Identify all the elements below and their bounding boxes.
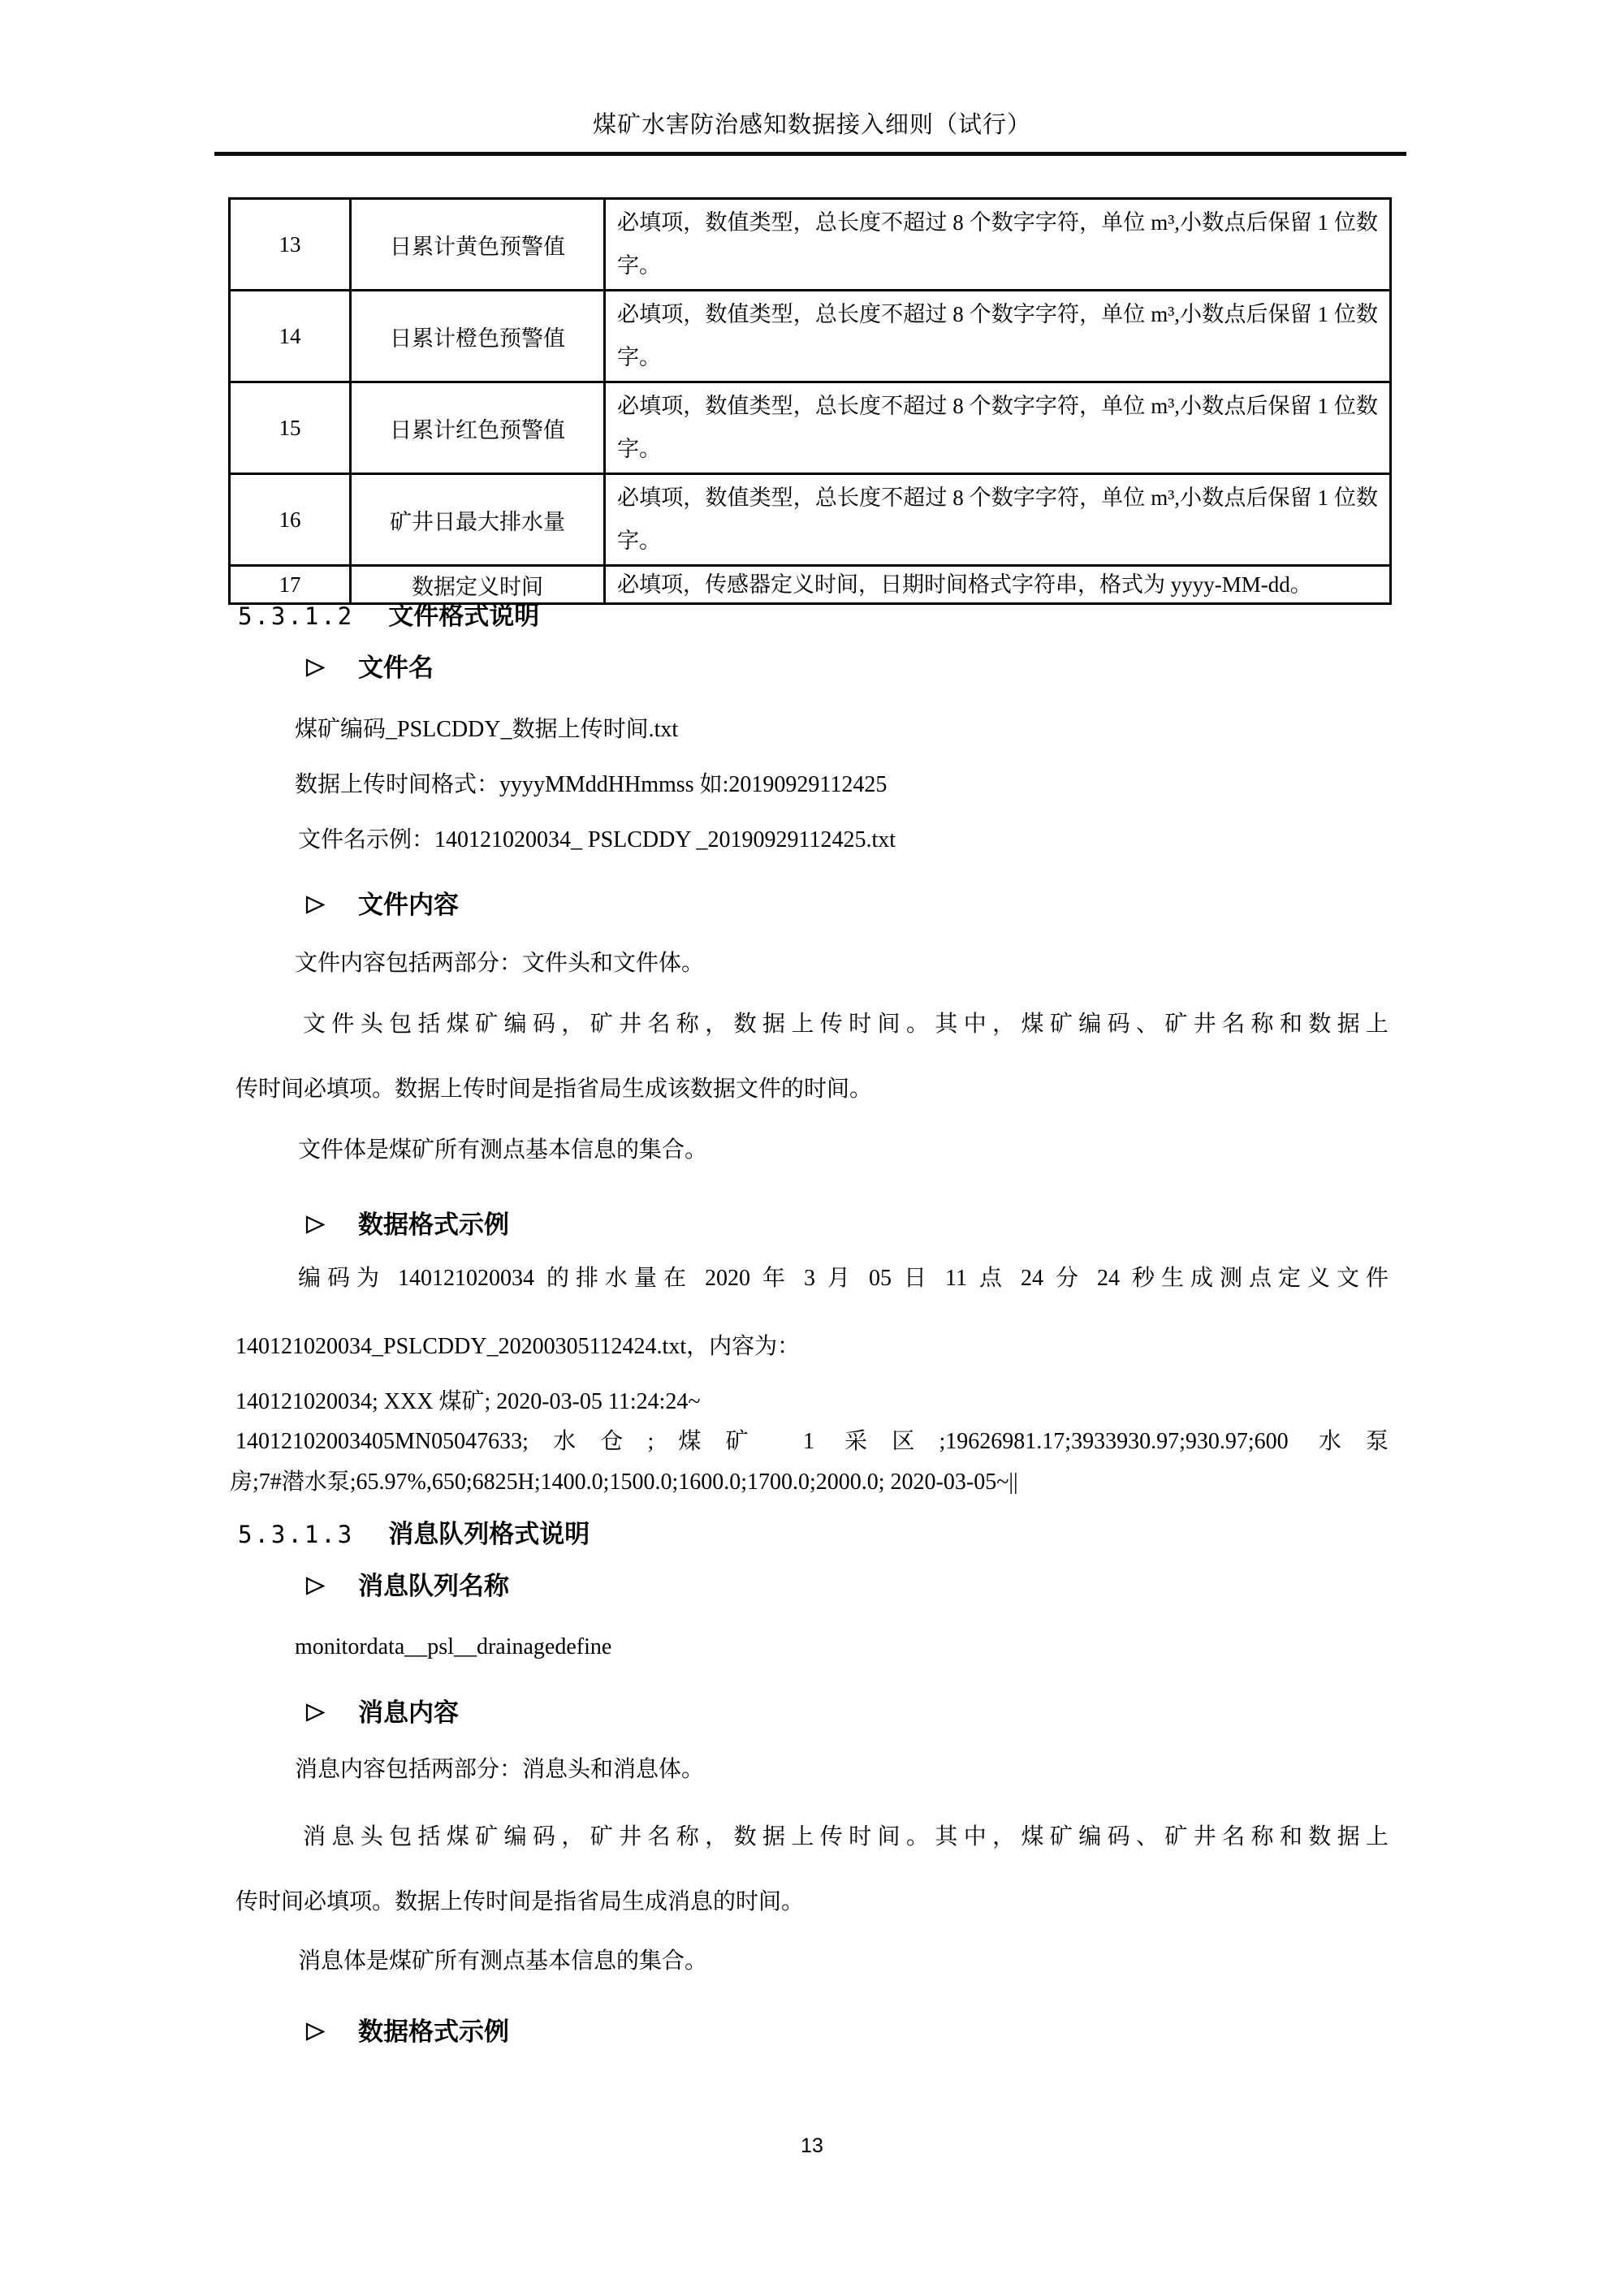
row-number-cell: 16 bbox=[230, 474, 351, 566]
paragraph-file-content-intro: 文件内容包括两部分：文件头和文件体。 bbox=[295, 949, 704, 978]
bullet-label: 消息内容 bbox=[358, 1698, 459, 1727]
field-desc-cell: 必填项，数值类型，总长度不超过 8 个数字字符，单位 m³,小数点后保留 1 位… bbox=[605, 382, 1391, 474]
row-number-cell: 15 bbox=[230, 382, 351, 474]
field-name-cell: 日累计黄色预警值 bbox=[351, 199, 605, 291]
table-row: 15 日累计红色预警值 必填项，数值类型，总长度不超过 8 个数字字符，单位 m… bbox=[230, 382, 1391, 474]
arrowhead-right-bullet-icon bbox=[304, 1575, 326, 1601]
bullet-label: 数据格式示例 bbox=[358, 2018, 509, 2046]
arrowhead-right-bullet-icon bbox=[304, 1702, 326, 1728]
bullet-item-data-example-file: 数据格式示例 bbox=[304, 1204, 509, 1241]
table-row: 14 日累计橙色预警值 必填项，数值类型，总长度不超过 8 个数字字符，单位 m… bbox=[230, 291, 1391, 382]
page-number: 13 bbox=[0, 2134, 1624, 2158]
paragraph-file-header-line2: 传时间必填项。数据上传时间是指省局生成该数据文件的时间。 bbox=[235, 1075, 872, 1104]
bullet-item-data-example-message: 数据格式示例 bbox=[304, 2011, 509, 2048]
paragraph-message-content-intro: 消息内容包括两部分：消息头和消息体。 bbox=[295, 1755, 704, 1785]
section-heading-file-format: 5.3.1.2文件格式说明 bbox=[238, 595, 539, 632]
arrowhead-right-bullet-icon bbox=[304, 894, 326, 920]
bullet-label: 文件内容 bbox=[358, 891, 459, 919]
field-desc-cell: 必填项，数值类型，总长度不超过 8 个数字字符，单位 m³,小数点后保留 1 位… bbox=[605, 291, 1391, 382]
bullet-label: 消息队列名称 bbox=[358, 1572, 509, 1600]
paragraph-upload-time-format: 数据上传时间格式：yyyyMMddHHmmss 如:20190929112425 bbox=[295, 770, 887, 800]
field-name-cell: 矿井日最大排水量 bbox=[351, 474, 605, 566]
paragraph-file-body: 文件体是煤矿所有测点基本信息的集合。 bbox=[298, 1136, 707, 1165]
bullet-item-file-name: 文件名 bbox=[304, 647, 434, 684]
paragraph-example-data-line1: 140121020034; XXX 煤矿; 2020-03-05 11:24:2… bbox=[235, 1388, 701, 1417]
paragraph-example-data-line2: 14012102003405MN05047633;水仓;煤矿 1 采区;1962… bbox=[235, 1427, 1389, 1457]
paragraph-file-name-example: 文件名示例：140121020034_ PSLCDDY _20190929112… bbox=[298, 826, 896, 855]
field-name-cell: 日累计橙色预警值 bbox=[351, 291, 605, 382]
paragraph-queue-name-value: monitordata__psl__drainagedefine bbox=[295, 1633, 611, 1662]
arrowhead-right-bullet-icon bbox=[304, 2021, 326, 2047]
paragraph-file-name-pattern: 煤矿编码_PSLCDDY_数据上传时间.txt bbox=[295, 715, 678, 744]
document-page: 煤矿水害防治感知数据接入细则（试行） 13 日累计黄色预警值 必填项，数值类型，… bbox=[0, 0, 1624, 2296]
paragraph-file-header-line1: 文件头包括煤矿编码，矿井名称，数据上传时间。其中，煤矿编码、矿井名称和数据上 bbox=[303, 1010, 1389, 1039]
bullet-item-message-content: 消息内容 bbox=[304, 1692, 459, 1728]
bullet-label: 文件名 bbox=[358, 654, 434, 682]
bullet-label: 数据格式示例 bbox=[358, 1211, 509, 1239]
table-row: 16 矿井日最大排水量 必填项，数值类型，总长度不超过 8 个数字字符，单位 m… bbox=[230, 474, 1391, 566]
field-name-cell: 日累计红色预警值 bbox=[351, 382, 605, 474]
section-number: 5.3.1.3 bbox=[238, 1521, 354, 1548]
paragraph-message-header-line2: 传时间必填项。数据上传时间是指省局生成消息的时间。 bbox=[235, 1888, 804, 1917]
section-heading-queue-format: 5.3.1.3消息队列格式说明 bbox=[238, 1513, 590, 1550]
field-desc-cell: 必填项，数值类型，总长度不超过 8 个数字字符，单位 m³,小数点后保留 1 位… bbox=[605, 199, 1391, 291]
section-number: 5.3.1.2 bbox=[238, 602, 354, 630]
section-title: 消息队列格式说明 bbox=[388, 1520, 590, 1548]
paragraph-message-body: 消息体是煤矿所有测点基本信息的集合。 bbox=[298, 1947, 707, 1976]
field-desc-cell: 必填项，传感器定义时间，日期时间格式字符串，格式为 yyyy-MM-dd。 bbox=[605, 566, 1391, 604]
section-title: 文件格式说明 bbox=[388, 602, 539, 630]
paragraph-example-intro-line1: 编码为 140121020034 的排水量在 2020 年 3 月 05 日 1… bbox=[298, 1264, 1389, 1293]
header-rule bbox=[214, 152, 1406, 156]
arrowhead-right-bullet-icon bbox=[304, 657, 326, 683]
bullet-item-queue-name: 消息队列名称 bbox=[304, 1565, 509, 1602]
field-spec-table: 13 日累计黄色预警值 必填项，数值类型，总长度不超过 8 个数字字符，单位 m… bbox=[228, 197, 1392, 605]
row-number-cell: 13 bbox=[230, 199, 351, 291]
document-header-title: 煤矿水害防治感知数据接入细则（试行） bbox=[0, 111, 1624, 139]
paragraph-example-intro-line2: 140121020034_PSLCDDY_20200305112424.txt，… bbox=[235, 1332, 800, 1362]
table-row: 13 日累计黄色预警值 必填项，数值类型，总长度不超过 8 个数字字符，单位 m… bbox=[230, 199, 1391, 291]
bullet-item-file-content: 文件内容 bbox=[304, 884, 459, 921]
arrowhead-right-bullet-icon bbox=[304, 1214, 326, 1240]
field-desc-cell: 必填项，数值类型，总长度不超过 8 个数字字符，单位 m³,小数点后保留 1 位… bbox=[605, 474, 1391, 566]
paragraph-message-header-line1: 消息头包括煤矿编码，矿井名称，数据上传时间。其中，煤矿编码、矿井名称和数据上 bbox=[303, 1823, 1389, 1852]
paragraph-example-data-line3: 房;7#潜水泵;65.97%,650;6825H;1400.0;1500.0;1… bbox=[230, 1468, 1018, 1497]
row-number-cell: 14 bbox=[230, 291, 351, 382]
